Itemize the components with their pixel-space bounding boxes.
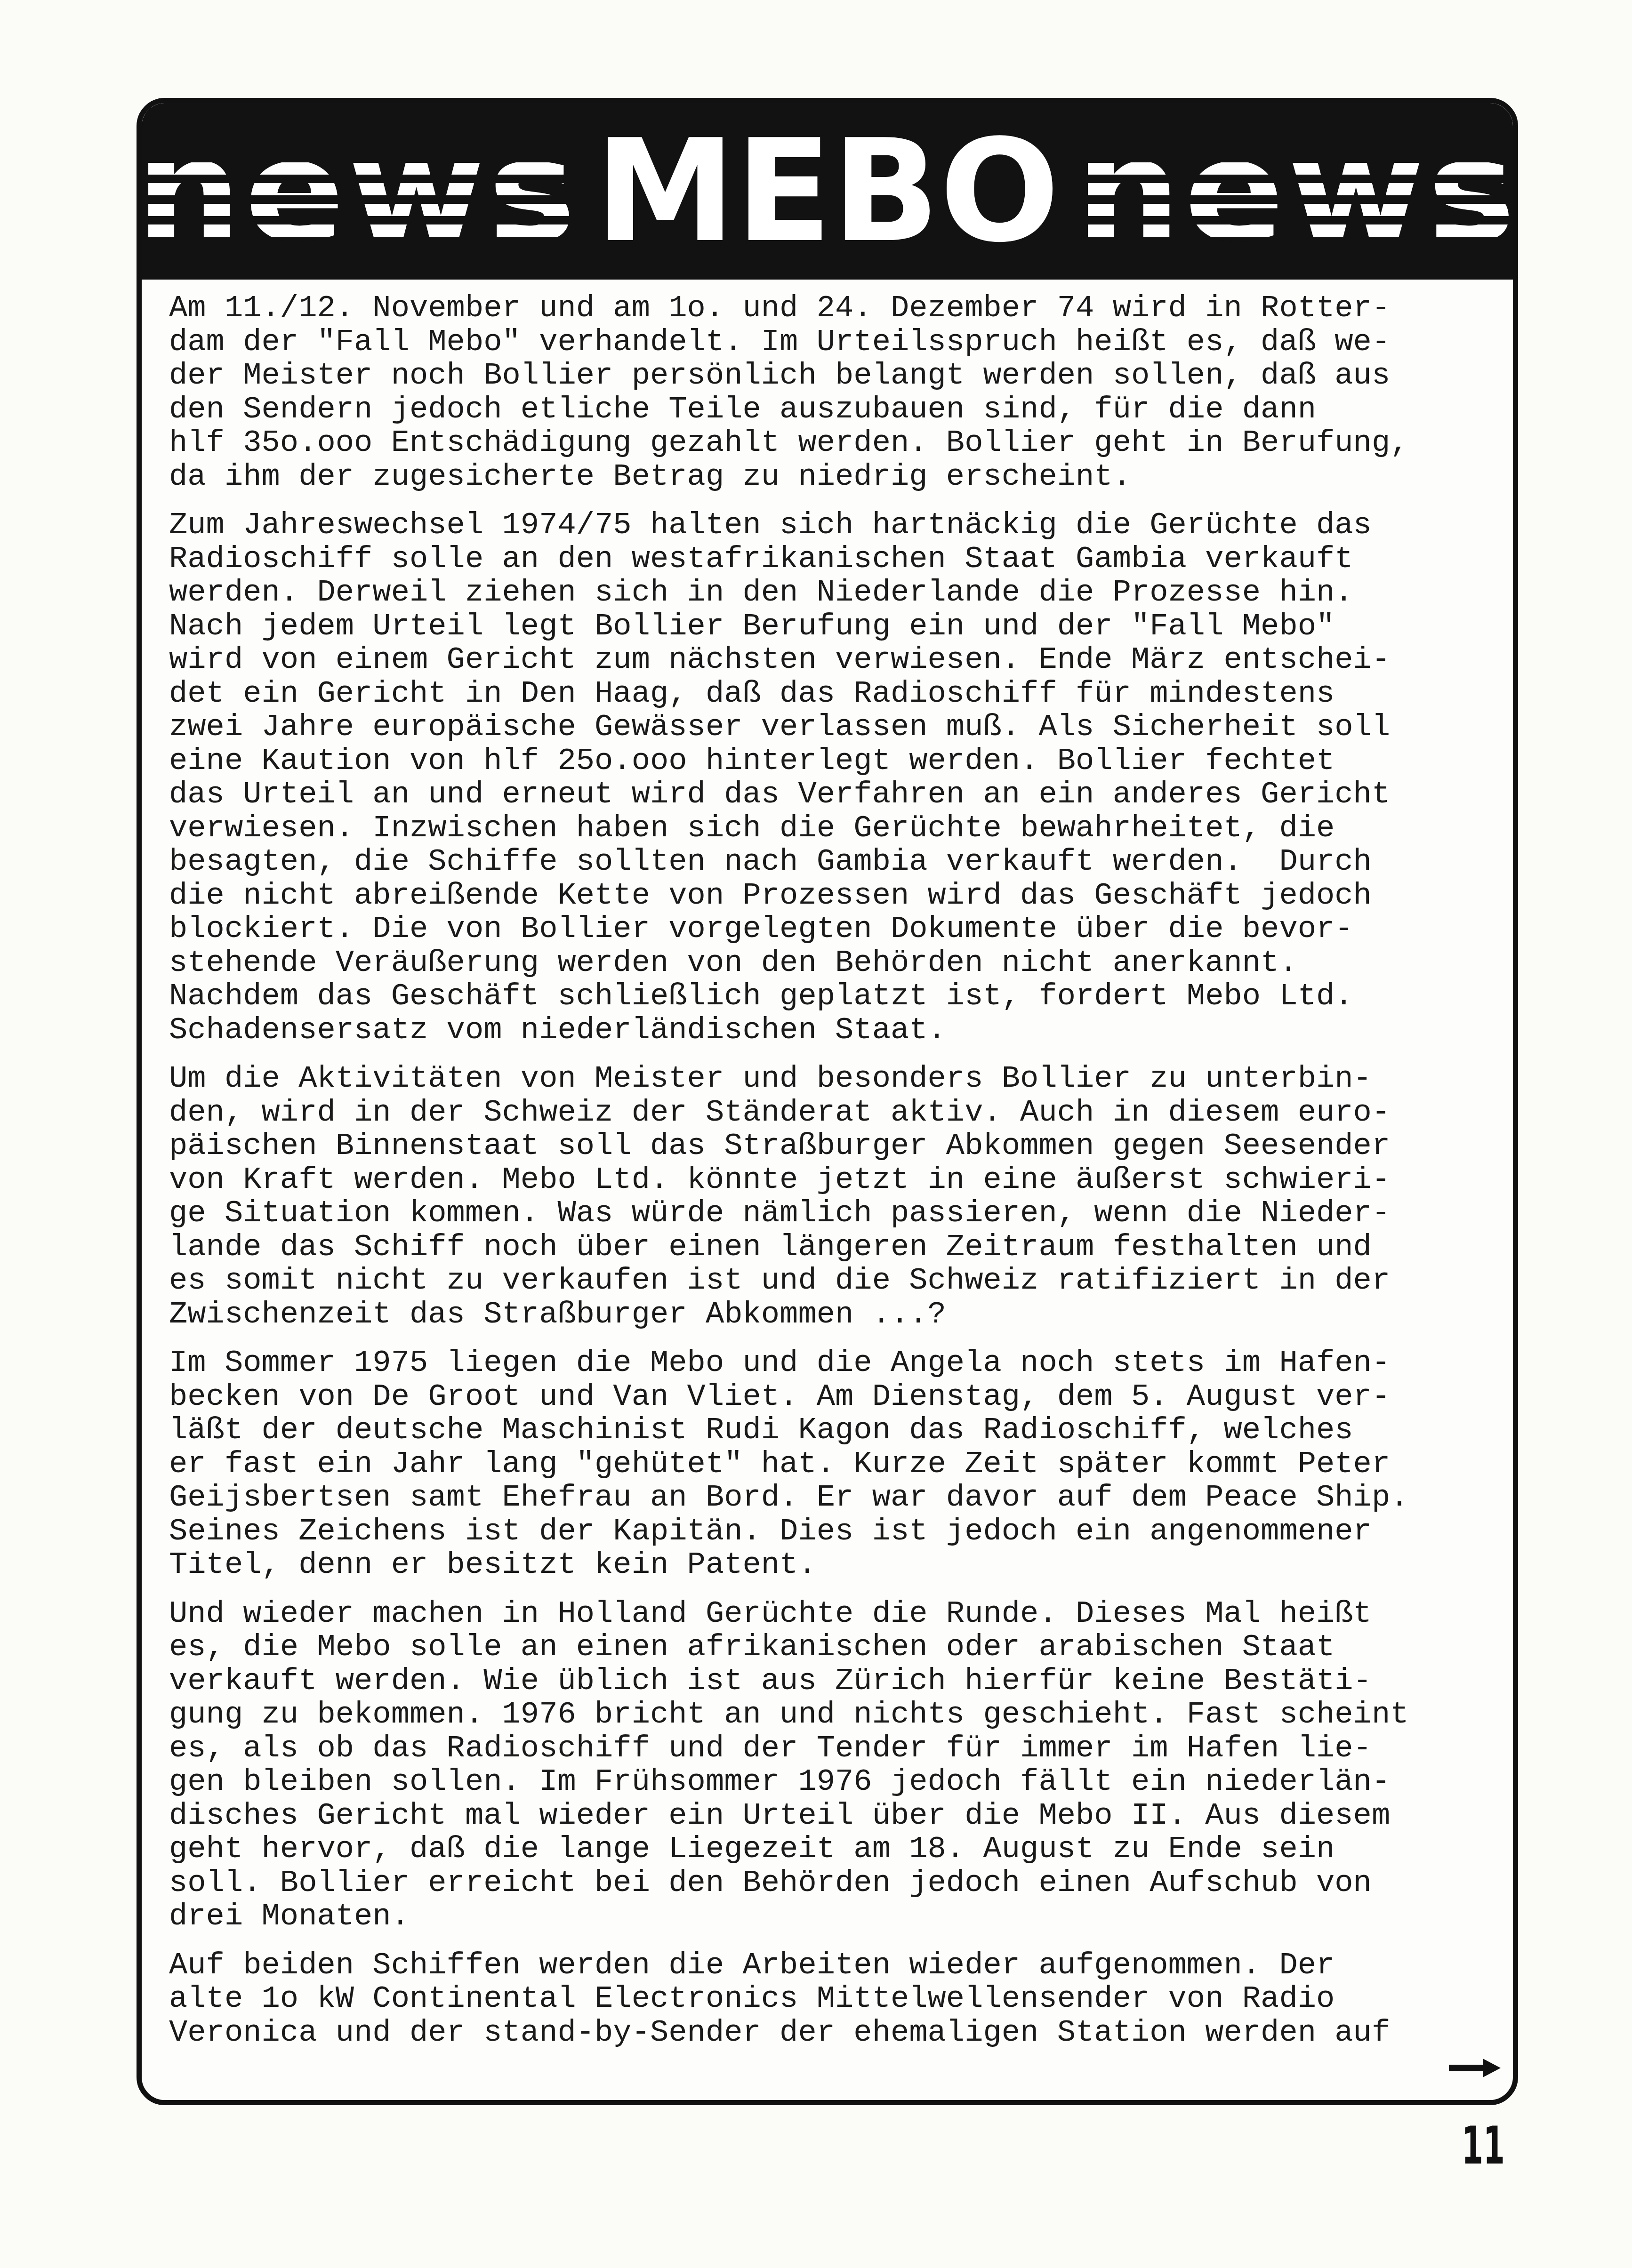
text-line: es, die Mebo solle an einen afrikanische… [169, 1629, 1335, 1665]
banner-right-word: news [1076, 121, 1518, 262]
paragraph: Um die Aktivitäten von Meister und beson… [169, 1062, 1494, 1331]
text-line: von Kraft werden. Mebo Ltd. könnte jetzt… [169, 1162, 1390, 1197]
text-line: Und wieder machen in Holland Gerüchte di… [169, 1596, 1372, 1631]
text-line: Geijsbertsen samt Ehefrau an Bord. Er wa… [169, 1480, 1409, 1515]
text-line: gen bleiben sollen. Im Frühsommer 1976 j… [169, 1764, 1390, 1799]
text-line: zwei Jahre europäische Gewässer verlasse… [169, 709, 1390, 745]
text-line: Nach jedem Urteil legt Bollier Berufung … [169, 609, 1335, 644]
paragraph: Zum Jahreswechsel 1974/75 halten sich ha… [169, 508, 1494, 1047]
text-line: es, als ob das Radioschiff und der Tende… [169, 1731, 1372, 1766]
paragraph: Im Sommer 1975 liegen die Mebo und die A… [169, 1346, 1494, 1582]
text-line: Radioschiff solle an den westafrikanisch… [169, 541, 1353, 577]
text-line: verkauft werden. Wie üblich ist aus Züri… [169, 1663, 1372, 1699]
text-line: Titel, denn er besitzt kein Patent. [169, 1547, 817, 1582]
text-line: geht hervor, daß die lange Liegezeit am … [169, 1831, 1335, 1867]
text-line: Am 11./12. November und am 1o. und 24. D… [169, 290, 1390, 326]
text-line: Zwischenzeit das Straßburger Abkommen ..… [169, 1297, 946, 1332]
news-box: news MEBO news Am 11./12. November und a… [137, 98, 1518, 2105]
text-line: Auf beiden Schiffen werden die Arbeiten … [169, 1947, 1335, 1983]
paragraph: Auf beiden Schiffen werden die Arbeiten … [169, 1948, 1494, 2050]
text-line: päischen Binnenstaat soll das Straßburge… [169, 1128, 1390, 1163]
text-line: soll. Bollier erreicht bei den Behörden … [169, 1865, 1372, 1900]
text-line: den Sendern jedoch etliche Teile auszuba… [169, 392, 1316, 427]
text-line: der Meister noch Bollier persönlich bela… [169, 358, 1390, 393]
text-line: besagten, die Schiffe sollten nach Gambi… [169, 844, 1372, 879]
text-line: eine Kaution von hlf 25o.ooo hinterlegt … [169, 743, 1335, 778]
text-line: das Urteil an und erneut wird das Verfah… [169, 777, 1390, 812]
text-line: läßt der deutsche Maschinist Rudi Kagon … [169, 1412, 1353, 1448]
text-line: Um die Aktivitäten von Meister und beson… [169, 1061, 1372, 1096]
text-line: werden. Derweil ziehen sich in den Niede… [169, 575, 1353, 610]
text-line: disches Gericht mal wieder ein Urteil üb… [169, 1798, 1390, 1833]
text-line: alte 1o kW Continental Electronics Mitte… [169, 1981, 1335, 2016]
text-line: ge Situation kommen. Was würde nämlich p… [169, 1195, 1390, 1231]
text-line: die nicht abreißende Kette von Prozessen… [169, 878, 1372, 913]
text-line: es somit nicht zu verkaufen ist und die … [169, 1263, 1390, 1298]
paragraph: Am 11./12. November und am 1o. und 24. D… [169, 291, 1494, 493]
text-line: Zum Jahreswechsel 1974/75 halten sich ha… [169, 507, 1372, 543]
article-body: Am 11./12. November und am 1o. und 24. D… [169, 291, 1494, 2064]
text-line: det ein Gericht in Den Haag, daß das Rad… [169, 676, 1335, 711]
arrow-right-icon [1449, 2059, 1501, 2077]
news-mebo-banner: news MEBO news [142, 103, 1513, 280]
text-line: drei Monaten. [169, 1899, 410, 1934]
text-line: gung zu bekommen. 1976 bricht an und nic… [169, 1697, 1409, 1732]
text-line: lande das Schiff noch über einen längere… [169, 1229, 1372, 1265]
text-line: dam der "Fall Mebo" verhandelt. Im Urtei… [169, 324, 1390, 360]
text-line: becken von De Groot und Van Vliet. Am Di… [169, 1379, 1390, 1414]
page-number: 11 [1462, 2116, 1505, 2176]
banner-left-word: news [137, 121, 579, 262]
text-line: Seines Zeichens ist der Kapitän. Dies is… [169, 1514, 1372, 1549]
text-line: hlf 35o.ooo Entschädigung gezahlt werden… [169, 425, 1409, 460]
banner-center-word: MEBO [595, 109, 1060, 273]
text-line: den, wird in der Schweiz der Ständerat a… [169, 1095, 1390, 1130]
text-line: er fast ein Jahr lang "gehütet" hat. Kur… [169, 1446, 1390, 1482]
banner-logo: MEBO [590, 118, 1064, 265]
text-line: Nachdem das Geschäft schließlich geplatz… [169, 978, 1353, 1014]
text-line: Schadensersatz vom niederländischen Staa… [169, 1012, 946, 1048]
text-line: da ihm der zugesicherte Betrag zu niedri… [169, 459, 1131, 494]
text-line: blockiert. Die von Bollier vorgelegten D… [169, 911, 1353, 946]
text-line: Im Sommer 1975 liegen die Mebo und die A… [169, 1345, 1390, 1380]
text-line: verwiesen. Inzwischen haben sich die Ger… [169, 810, 1335, 846]
text-line: wird von einem Gericht zum nächsten verw… [169, 642, 1390, 677]
paragraph: Und wieder machen in Holland Gerüchte di… [169, 1597, 1494, 1933]
text-line: stehende Veräußerung werden von den Behö… [169, 945, 1298, 980]
text-line: Veronica und der stand-by-Sender der ehe… [169, 2015, 1390, 2050]
